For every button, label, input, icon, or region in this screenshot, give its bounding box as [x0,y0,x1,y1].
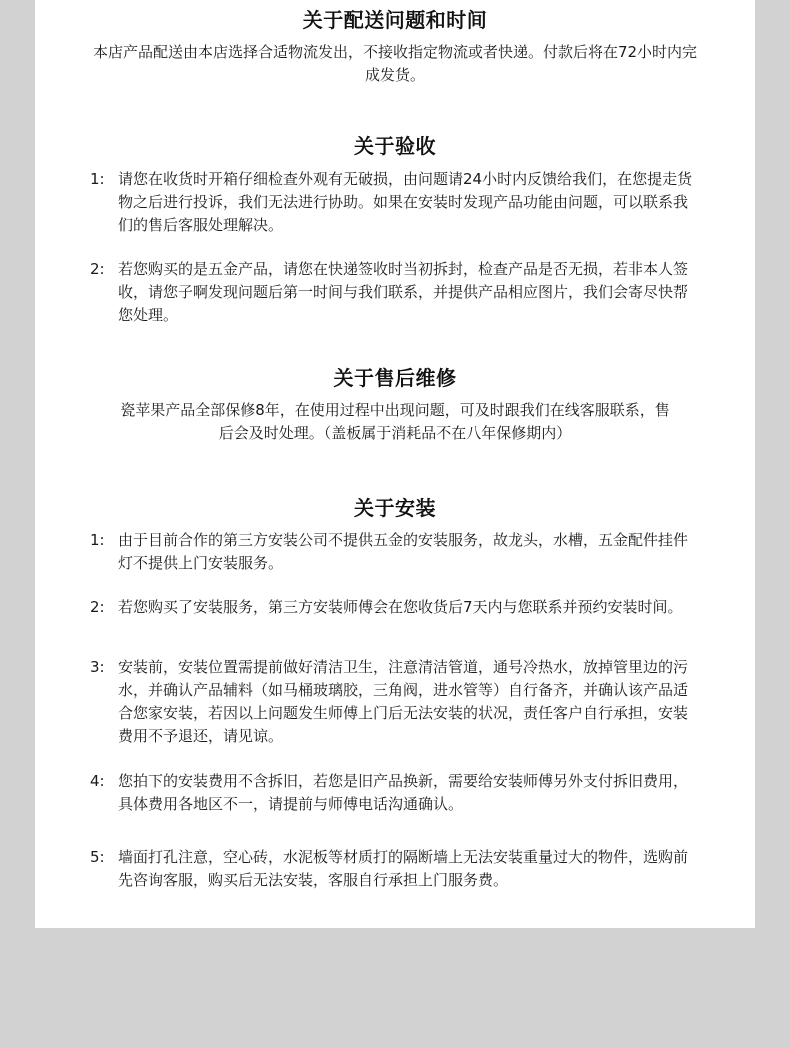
acceptance-item-1: 1: 请您在收货时开箱仔细检查外观有无破损，由问题请24小时内反馈给我们，在您提… [90,168,702,237]
item-text: 若您购买的是五金产品，请您在快递签收时当初拆封，检查产品是否无损，若非本人签收，… [118,258,702,327]
item-number: 1: [90,168,118,237]
installation-item-2: 2: 若您购买了安装服务，第三方安装师傅会在您收货后7天内与您联系并预约安装时间… [90,596,702,619]
item-number: 2: [90,596,118,619]
installation-item-1: 1: 由于目前合作的第三方安装公司不提供五金的安装服务，故龙头，水槽，五金配件挂… [90,529,702,575]
item-text: 请您在收货时开箱仔细检查外观有无破损，由问题请24小时内反馈给我们，在您提走货物… [118,168,702,237]
item-text: 您拍下的安装费用不含拆旧，若您是旧产品换新，需要给安装师傅另外支付拆旧费用，具体… [118,770,702,816]
section-title-after-sales: 关于售后维修 [35,362,755,391]
installation-item-4: 4: 您拍下的安装费用不含拆旧，若您是旧产品换新，需要给安装师傅另外支付拆旧费用… [90,770,702,816]
item-text: 墙面打孔注意，空心砖，水泥板等材质打的隔断墙上无法安装重量过大的物件，选购前先咨… [118,846,702,892]
item-number: 3: [90,656,118,748]
section-title-delivery: 关于配送问题和时间 [35,4,755,33]
section-title-installation: 关于安装 [35,492,755,521]
item-text: 安装前，安装位置需提前做好清洁卫生，注意清洁管道，通号冷热水，放掉管里边的污水，… [118,656,702,748]
item-text: 若您购买了安装服务，第三方安装师傅会在您收货后7天内与您联系并预约安装时间。 [118,596,702,619]
installation-item-3: 3: 安装前，安装位置需提前做好清洁卫生，注意清洁管道，通号冷热水，放掉管里边的… [90,656,702,748]
installation-item-5: 5: 墙面打孔注意，空心砖，水泥板等材质打的隔断墙上无法安装重量过大的物件，选购… [90,846,702,892]
item-text: 由于目前合作的第三方安装公司不提供五金的安装服务，故龙头，水槽，五金配件挂件灯不… [118,529,702,575]
policy-panel: 关于配送问题和时间 本店产品配送由本店选择合适物流发出，不接收指定物流或者快递。… [35,0,755,928]
section-title-acceptance: 关于验收 [35,130,755,159]
item-number: 1: [90,529,118,575]
after-sales-paragraph: 瓷苹果产品全部保修8年，在使用过程中出现问题，可及时跟我们在线客服联系，售后会及… [113,399,677,445]
item-number: 2: [90,258,118,327]
item-number: 4: [90,770,118,816]
delivery-paragraph: 本店产品配送由本店选择合适物流发出，不接收指定物流或者快递。付款后将在72小时内… [87,41,703,87]
item-number: 5: [90,846,118,892]
acceptance-item-2: 2: 若您购买的是五金产品，请您在快递签收时当初拆封，检查产品是否无损，若非本人… [90,258,702,327]
